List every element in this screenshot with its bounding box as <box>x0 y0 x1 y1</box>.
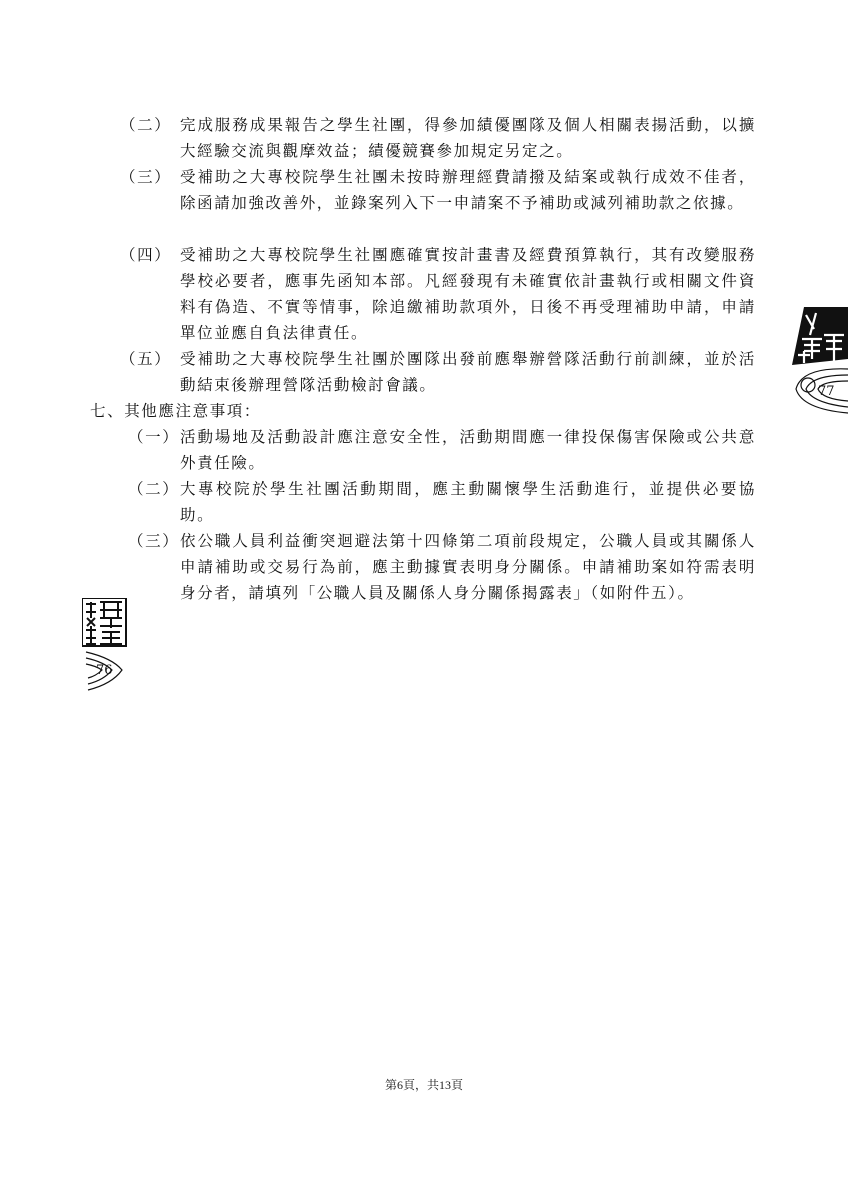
list-item-7-2: （二） 大專校院於學生社團活動期間，應主動關懷學生活動進行，並提供必要協助。 <box>128 476 756 528</box>
list-item-6-3: （三） 受補助之大專校院學生社團未按時辦理經費請撥及結案或執行成效不佳者，除函請… <box>120 164 756 216</box>
page-number-footer: 第6頁，共13頁 <box>0 1076 848 1093</box>
item-marker: （五） <box>120 346 180 372</box>
seal-icon: 76 <box>82 598 130 693</box>
item-text: 活動場地及活動設計應注意安全性，活動期間應一律投保傷害保險或公共意外責任險。 <box>180 424 756 476</box>
item-marker: （三） <box>120 164 180 190</box>
item-marker: （一） <box>128 424 180 450</box>
item-text: 大專校院於學生社團活動期間，應主動關懷學生活動進行，並提供必要協助。 <box>180 476 756 528</box>
document-page: （二） 完成服務成果報告之學生社團，得參加績優團隊及個人相關表揚活動，以擴大經驗… <box>0 0 848 1200</box>
seal-stamp-left: 76 <box>82 598 130 693</box>
svg-text:77: 77 <box>818 384 835 399</box>
list-item-6-2: （二） 完成服務成果報告之學生社團，得參加績優團隊及個人相關表揚活動，以擴大經驗… <box>120 112 756 164</box>
item-marker: （三） <box>128 528 180 554</box>
list-item-7-1: （一） 活動場地及活動設計應注意安全性，活動期間應一律投保傷害保險或公共意外責任… <box>128 424 756 476</box>
seal-stamp-right: 77 <box>782 305 848 415</box>
item-text: 依公職人員利益衝突迴避法第十四條第二項前段規定，公職人員或其關係人申請補助或交易… <box>180 528 756 606</box>
item-text: 受補助之大專校院學生社團於團隊出發前應舉辦營隊活動行前訓練，並於活動結束後辦理營… <box>180 346 756 398</box>
item-text: 完成服務成果報告之學生社團，得參加績優團隊及個人相關表揚活動，以擴大經驗交流與觀… <box>180 112 756 164</box>
seal-icon: 77 <box>782 305 848 415</box>
svg-text:76: 76 <box>96 663 113 678</box>
item-marker: （四） <box>120 242 180 268</box>
section-heading-7: 七、其他應注意事項： <box>90 398 261 424</box>
item-text: 受補助之大專校院學生社團未按時辦理經費請撥及結案或執行成效不佳者，除函請加強改善… <box>180 164 756 216</box>
item-marker: （二） <box>128 476 180 502</box>
item-text: 受補助之大專校院學生社團應確實按計畫書及經費預算執行，其有改變服務學校必要者，應… <box>180 242 756 346</box>
list-item-6-4: （四） 受補助之大專校院學生社團應確實按計畫書及經費預算執行，其有改變服務學校必… <box>120 242 756 346</box>
list-item-7-3: （三） 依公職人員利益衝突迴避法第十四條第二項前段規定，公職人員或其關係人申請補… <box>128 528 756 606</box>
list-item-6-5: （五） 受補助之大專校院學生社團於團隊出發前應舉辦營隊活動行前訓練，並於活動結束… <box>120 346 756 398</box>
item-marker: （二） <box>120 112 180 138</box>
